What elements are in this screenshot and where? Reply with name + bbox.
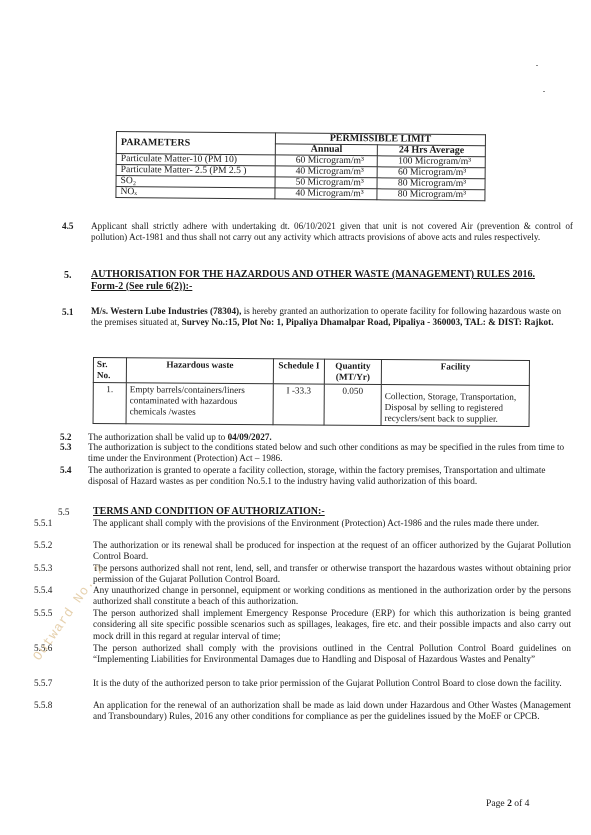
validity-date: 04/09/2027. (228, 432, 272, 442)
section-number: 5.4 (60, 465, 71, 475)
header-facility: Facility (381, 360, 529, 386)
condition-text: The person authorized shall comply with … (93, 643, 571, 666)
page-number: Page 2 of 4 (486, 798, 529, 809)
paragraph-5-1: M/s. Western Lube Industries (78304), is… (91, 306, 571, 329)
annual-cell: 40 Microgram/m³ (275, 188, 377, 200)
condition-number: 5.5.5 (34, 608, 52, 618)
condition-text: It is the duty of the authorized person … (93, 678, 571, 689)
condition-text: An application for the renewal of an aut… (93, 700, 571, 723)
page-total: of 4 (512, 798, 530, 809)
section-5-5-heading: TERMS AND CONDITION OF AUTHORIZATION:- (93, 506, 325, 518)
document-page: PARAMETERS PERMISSIBLE LIMIT Annual 24 H… (0, 0, 591, 835)
section-number: 5.1 (62, 307, 73, 317)
paragraph-text: The authorization shall be valid up to (88, 432, 228, 442)
header-quantity: Quantity (MT/Yr) (324, 359, 381, 384)
quantity-cell: 0.050 (324, 384, 381, 425)
schedule-cell: I -33.3 (273, 384, 324, 425)
param-cell: Particulate Matter- 2.5 (PM 2.5 ) (116, 165, 275, 177)
paragraph-4-5: Applicant shall strictly adhere with und… (91, 221, 573, 244)
paragraph-5-3: The authorization is subject to the cond… (88, 442, 568, 465)
condition-number: 5.5.8 (34, 700, 52, 710)
header-sr-no: Sr. No. (93, 358, 126, 383)
condition-text: The applicant shall comply with the prov… (93, 518, 571, 529)
section-number: 5.3 (60, 442, 71, 452)
section-number: 5.5 (58, 507, 69, 517)
air-quality-limits-table: PARAMETERS PERMISSIBLE LIMIT Annual 24 H… (115, 131, 486, 201)
scan-speck (543, 91, 545, 92)
section-5-heading: AUTHORISATION FOR THE HAZARDOUS AND OTHE… (91, 269, 561, 293)
section-number: 4.5 (62, 221, 73, 231)
section-number: 5. (64, 270, 72, 281)
condition-text: The authorization or its renewal shall b… (93, 540, 571, 563)
section-number: 5.2 (60, 432, 71, 442)
condition-text: The person authorized shall implement Em… (93, 608, 571, 642)
facility-cell: Collection, Storage, Transportation, Dis… (381, 385, 529, 427)
waste-cell: Empty barrels/containers/liners contamin… (126, 383, 273, 425)
condition-number: 5.5.7 (34, 678, 52, 688)
sr-cell: 1. (93, 383, 126, 424)
condition-number: 5.5.2 (34, 540, 52, 550)
paragraph-5-4: The authorization is granted to operate … (88, 465, 568, 488)
header-hazardous-waste: Hazardous waste (126, 358, 273, 384)
header-parameters: PARAMETERS (116, 132, 275, 155)
param-cell: NOₓ (116, 187, 275, 199)
table-row: NOₓ 40 Microgram/m³ 80 Microgram/m³ (116, 187, 485, 201)
company-name: M/s. Western Lube Industries (78304), (91, 306, 241, 316)
condition-text: The persons authorized shall not rent, l… (93, 563, 571, 586)
scan-speck (536, 65, 538, 66)
condition-number: 5.5.1 (34, 518, 52, 528)
condition-text: Any unauthorized change in personnel, eq… (93, 585, 571, 608)
hazardous-waste-table: Sr. No. Hazardous waste Schedule I Quant… (93, 357, 530, 427)
condition-number: 5.5.3 (34, 563, 52, 573)
avg24-cell: 80 Microgram/m³ (377, 189, 485, 201)
premises-address: Survey No.:15, Plot No: 1, Pipaliya Dham… (182, 317, 554, 327)
header-schedule: Schedule I (273, 359, 324, 384)
condition-number: 5.5.4 (34, 585, 52, 595)
table-row: 1. Empty barrels/containers/liners conta… (93, 383, 529, 427)
page-prefix: Page (486, 798, 507, 809)
